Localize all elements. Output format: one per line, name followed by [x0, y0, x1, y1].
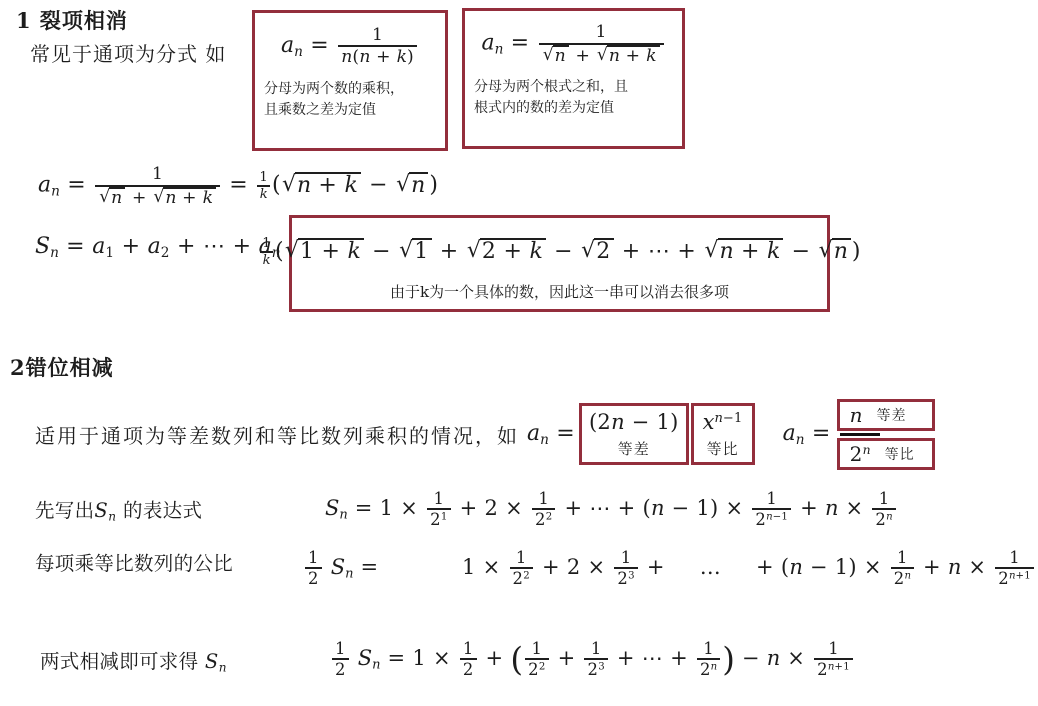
formula-subtraction-result: 12 Sn = 1 × 12 + (122 + 123 + ⋯ + 12n) −…: [330, 628, 855, 690]
hint-box-radical-denominator: an = 1√n + √n + k 分母为两个根式之和，且 根式内的数的差为定值: [462, 8, 685, 149]
section2-heading: 2错位相减: [10, 352, 114, 382]
formula-half-sn-series: 1 × 122 + 2 × 123 + … + (n − 1) × 12n + …: [462, 540, 1036, 596]
hint-note-line: 且乘数之差为定值: [255, 100, 445, 121]
hint-box-denominator: 2n 等比: [837, 438, 935, 470]
geometric-label: 等比: [885, 444, 915, 464]
formula-half-sn-lhs: 12 Sn =: [303, 540, 378, 596]
formula-an2-equals: an =: [783, 421, 831, 448]
math-notes-page: 1 裂项相消 常见于通项为分式 如 an = 1n(n + k) 分母为两个数的…: [0, 0, 1038, 706]
step3-label: 两式相减即可求得 Sn: [40, 644, 227, 676]
arithmetic-label: 等差: [618, 438, 650, 459]
hint-box-numerator: n 等差: [837, 399, 935, 431]
formula-an-equals: an =: [527, 421, 575, 448]
section1-heading: 1 裂项相消: [16, 5, 128, 35]
hint-box-arithmetic-factor: (2n − 1) 等差: [579, 403, 689, 465]
hint-note-line: 根式内的数的差为定值: [465, 98, 682, 119]
hint-box-product-denominator: an = 1n(n + k) 分母为两个数的乘积， 且乘数之差为定值: [252, 10, 448, 151]
geometric-label: 等比: [707, 438, 739, 459]
hint-box-telescoping-sum: 1k(√1 + k − √1 + √2 + k − √2 + ⋯ + √n + …: [289, 215, 830, 312]
section2-intro-line: 适用于通项为等差数列和等比数列乘积的情况，如 an = (2n − 1) 等差 …: [35, 387, 935, 481]
step1-label: 先写出Sn 的表达式: [35, 494, 202, 524]
section1-intro: 常见于通项为分式 如: [30, 38, 226, 67]
formula-an-radical: an = 1√n + √n + k: [465, 11, 682, 77]
section2-intro: 适用于通项为等差数列和等比数列乘积的情况，如: [35, 420, 519, 449]
hint-box-fraction-term: n 等差 2n 等比: [837, 399, 935, 470]
formula-sn-series: Sn = 1 × 121 + 2 × 122 + ⋯ + (n − 1) × 1…: [325, 482, 898, 536]
formula-an-telescope: an = 1√n + √n + k = 1k(√n + k − √n): [38, 159, 438, 213]
formula-an-product: an = 1n(n + k): [255, 13, 445, 79]
hint-note-line: 分母为两个根式之和，且: [465, 77, 682, 98]
arithmetic-label: 等差: [876, 405, 906, 425]
hint-note-cancellation: 由于k为一个具体的数，因此这一串可以消去很多项: [381, 280, 738, 304]
hint-note-line: 分母为两个数的乘积，: [255, 79, 445, 100]
step2-label: 每项乘等比数列的公比: [35, 547, 233, 577]
formula-sn-expanded: 1k(√1 + k − √1 + √2 + k − √2 + ⋯ + √n + …: [258, 224, 861, 280]
hint-box-geometric-factor: xn−1 等比: [691, 403, 755, 465]
fraction-bar: [840, 433, 880, 436]
